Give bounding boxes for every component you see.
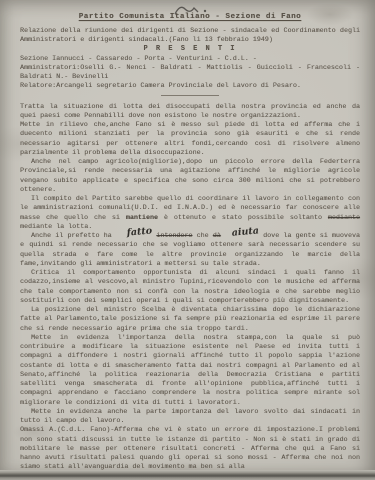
paragraph: Anche nel campo agricolo(migliorie),dopo… [20, 158, 360, 195]
paragraph-text: Anche il prefetto ha [31, 232, 116, 240]
paragraph: Mette in rilievo che,anche Fano si è mes… [20, 121, 360, 158]
relatore-line: Relatore:Arcangeli segretario Camera Pro… [20, 82, 360, 91]
scanned-document-page: Partito Comunista Italiano - Sezione di … [0, 0, 375, 480]
presenti-heading: P R E S E N T I [20, 45, 360, 54]
struck-out-word: dà [213, 232, 221, 240]
separator-rule [161, 95, 219, 96]
paragraph: Mette in evidenza anche la parte importa… [20, 408, 360, 427]
paragraph: La posizione del ministro Scelba è diven… [20, 306, 360, 334]
paragraph-text: mediante la lotta. [20, 223, 92, 231]
document-content: Partito Comunista Italiano - Sezione di … [20, 13, 360, 473]
paragraph: Anche il prefetto ha fatto intendere che… [20, 232, 360, 269]
attendees-sezione-line: Sezione Iannucci - Cassaredo - Porta - V… [20, 55, 360, 64]
meeting-description: Relazione della riunione dei dirigenti d… [20, 27, 360, 45]
paragraph: Mette in evidenza l'importanza della nos… [20, 334, 360, 408]
paragraph-text: è ottenuto e stato possibile soltanto [158, 214, 328, 222]
overtyped-word: mantiene [126, 214, 158, 222]
paragraph: Il compito del Partito sarebbe quello di… [20, 195, 360, 232]
scan-bottom-edge [0, 470, 375, 480]
paragraph: Critica il comportamento opportunista di… [20, 269, 360, 306]
struck-out-word: mediante [328, 214, 360, 222]
paragraph-text: che [192, 232, 212, 240]
paragraph: Tratta la situazione di lotta dei disocc… [20, 103, 360, 122]
paragraph: Omassi A.(C.d.L. Fano)-Afferma che vi è … [20, 426, 360, 472]
document-title: Partito Comunista Italiano - Sezione di … [20, 13, 360, 21]
attendees-amministratori-line: Amministratori:Oselli G.- Nenci - Baldra… [20, 64, 360, 82]
struck-out-word: intendere [156, 232, 192, 240]
